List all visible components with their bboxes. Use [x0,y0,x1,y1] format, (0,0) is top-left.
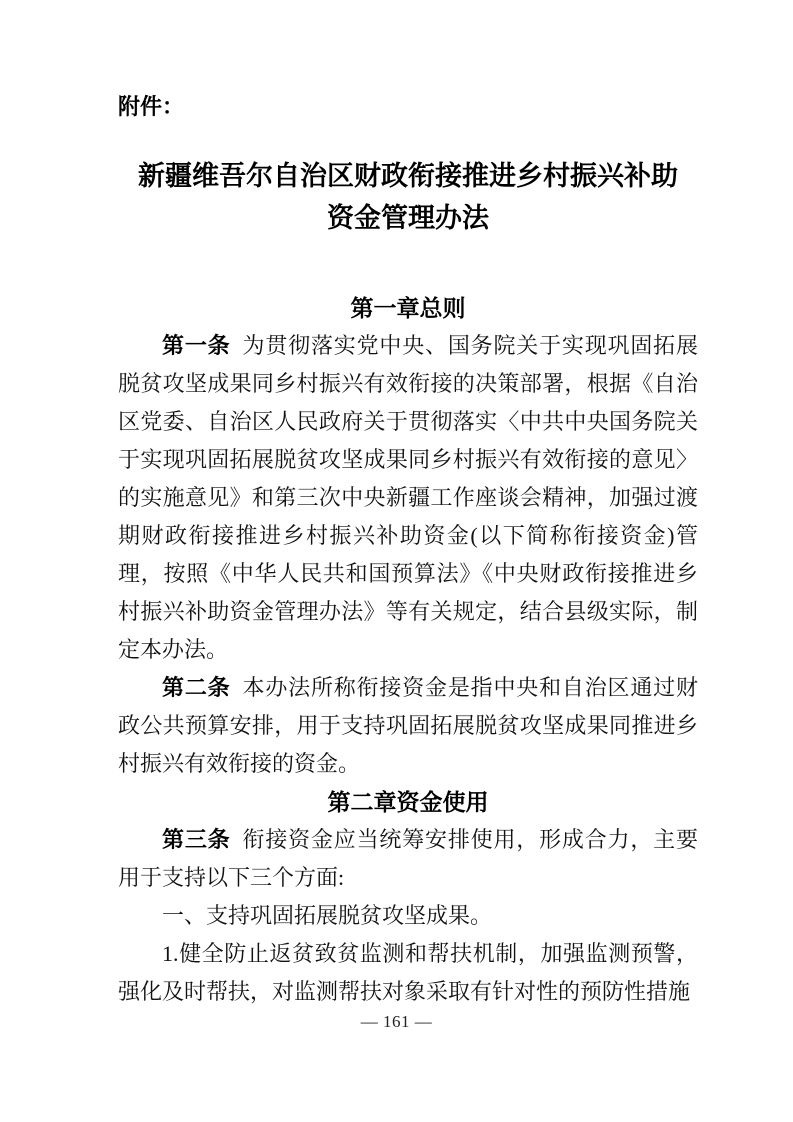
paragraph: 第一条为贯彻落实党中央、国务院关于实现巩固拓展脱贫攻坚成果同乡村振兴有效衔接的决… [118,327,698,669]
document-page: 附件： 新疆维吾尔自治区财政衔接推进乡村振兴补助 资金管理办法 第一章总则第一条… [0,0,793,1122]
attachment-label: 附件： [118,95,698,119]
chapter-heading: 第一章总则 [118,289,698,327]
page-number: — 161 — [0,1012,793,1032]
document-title: 新疆维吾尔自治区财政衔接推进乡村振兴补助 资金管理办法 [118,155,698,239]
article-label: 第二条 [162,675,230,700]
paragraph: 第二条本办法所称衔接资金是指中央和自治区通过财政公共预算安排，用于支持巩固拓展脱… [118,669,698,783]
document-content: 附件： 新疆维吾尔自治区财政衔接推进乡村振兴补助 资金管理办法 第一章总则第一条… [118,0,698,1011]
paragraph: 1.健全防止返贫致贫监测和帮扶机制，加强监测预警，强化及时帮扶，对监测帮扶对象采… [118,935,698,1011]
paragraph: 一、支持巩固拓展脱贫攻坚成果。 [118,897,698,935]
article-label: 第三条 [162,827,230,852]
paragraph: 第三条衔接资金应当统筹安排使用，形成合力，主要用于支持以下三个方面: [118,821,698,897]
document-body: 第一章总则第一条为贯彻落实党中央、国务院关于实现巩固拓展脱贫攻坚成果同乡村振兴有… [118,289,698,1011]
document-title-line-1: 新疆维吾尔自治区财政衔接推进乡村振兴补助 [118,155,698,197]
article-label: 第一条 [162,333,230,358]
chapter-heading: 第二章资金使用 [118,783,698,821]
document-title-line-2: 资金管理办法 [118,197,698,239]
